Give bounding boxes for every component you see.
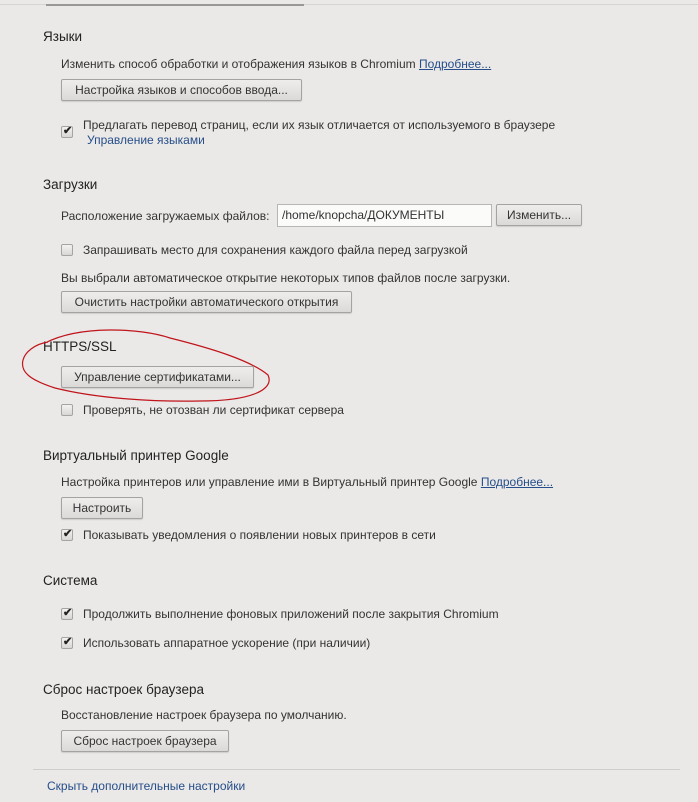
reset-description: Восстановление настроек браузера по умол… [61, 708, 347, 722]
checkmark-icon: ✔ [63, 124, 72, 137]
ask-save-location-checkbox[interactable] [61, 244, 73, 256]
hw-accel-checkbox[interactable]: ✔ [61, 637, 73, 649]
change-location-button[interactable]: Изменить... [496, 204, 582, 226]
section-title-reset: Сброс настроек браузера [43, 682, 204, 697]
hide-advanced-settings-link[interactable]: Скрыть дополнительные настройки [47, 779, 245, 793]
section-title-languages: Языки [43, 29, 82, 44]
cloud-print-description-text: Настройка принтеров или управление ими в… [61, 475, 477, 489]
cloud-print-setup-button[interactable]: Настроить [61, 497, 143, 519]
clear-auto-open-button[interactable]: Очистить настройки автоматического откры… [61, 291, 352, 313]
hw-accel-label[interactable]: Использовать аппаратное ускорение (при н… [83, 636, 370, 650]
cloud-print-learn-more-link[interactable]: Подробнее... [481, 475, 553, 489]
revocation-checkbox-label[interactable]: Проверять, не отозван ли сертификат серв… [83, 403, 344, 417]
scrolled-button-edge [46, 4, 304, 6]
checkmark-icon: ✔ [63, 635, 72, 648]
cloud-print-description: Настройка принтеров или управление ими в… [61, 475, 553, 489]
printer-notify-checkbox[interactable]: ✔ [61, 529, 73, 541]
manage-certificates-button[interactable]: Управление сертификатами... [61, 366, 254, 388]
revocation-checkbox[interactable] [61, 404, 73, 416]
checkmark-icon: ✔ [63, 606, 72, 619]
language-settings-button[interactable]: Настройка языков и способов ввода... [61, 79, 302, 101]
printer-notify-label[interactable]: Показывать уведомления о появлении новых… [83, 528, 436, 542]
download-location-field[interactable]: /home/knopcha/ДОКУМЕНТЫ [277, 204, 492, 227]
section-title-https: HTTPS/SSL [43, 339, 117, 354]
ask-save-location-label[interactable]: Запрашивать место для сохранения каждого… [83, 243, 468, 257]
reset-browser-button[interactable]: Сброс настроек браузера [61, 730, 229, 752]
translate-checkbox[interactable]: ✔ [61, 126, 73, 138]
languages-learn-more-link[interactable]: Подробнее... [419, 57, 491, 71]
footer-divider [33, 769, 680, 770]
translate-checkbox-label[interactable]: Предлагать перевод страниц, если их язык… [83, 118, 555, 132]
section-title-downloads: Загрузки [43, 177, 97, 192]
auto-open-text: Вы выбрали автоматическое открытие некот… [61, 271, 510, 285]
background-apps-checkbox[interactable]: ✔ [61, 608, 73, 620]
languages-description-text: Изменить способ обработки и отображения … [61, 57, 416, 71]
manage-languages-link[interactable]: Управление языками [87, 133, 205, 147]
checkmark-icon: ✔ [63, 527, 72, 540]
background-apps-label[interactable]: Продолжить выполнение фоновых приложений… [83, 607, 499, 621]
languages-description: Изменить способ обработки и отображения … [61, 57, 491, 71]
section-title-system: Система [43, 573, 97, 588]
download-location-label: Расположение загружаемых файлов: [61, 209, 269, 223]
section-title-cloud-print: Виртуальный принтер Google [43, 448, 229, 463]
